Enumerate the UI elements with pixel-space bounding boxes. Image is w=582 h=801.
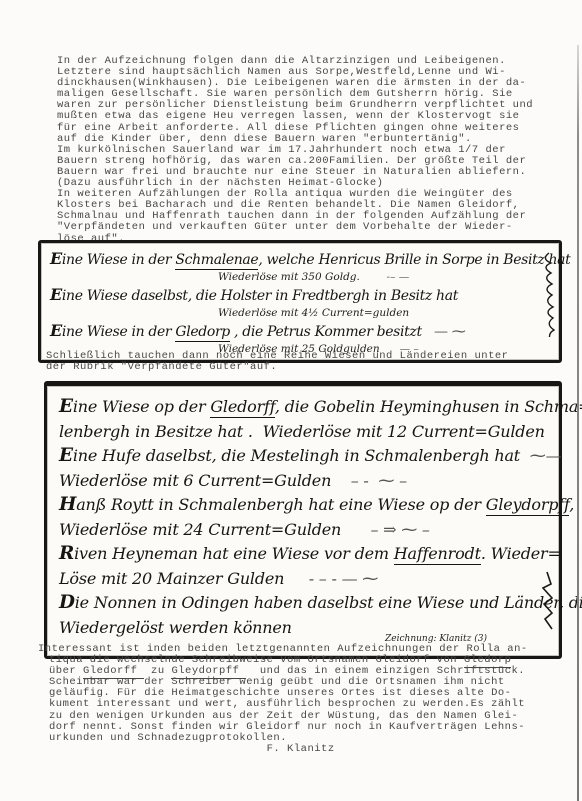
scan-edge-artifact <box>577 45 579 801</box>
text-line: Hanß Roytt in Schmalenbergh hat eine Wie… <box>59 493 549 518</box>
text-segment: ine Wiese op der <box>73 397 211 416</box>
text-line: Löse mit 20 Mainzer Gulden ‑ – ‑ — ⁓ <box>59 567 549 592</box>
text-line: Riven Heyneman hat eine Wiese vor dem Ha… <box>59 542 549 567</box>
text-segment: ie Nonnen in Odingen haben daselbst eine… <box>75 593 582 612</box>
text-line: Die Nonnen in Odingen haben daselbst ein… <box>59 591 549 616</box>
text-segment: E <box>59 445 73 466</box>
text-segment: lenbergh in Besitze hat . Wiederlöse mit… <box>59 422 545 441</box>
text-segment: E <box>50 321 62 340</box>
underlined-text: Gledorp <box>175 324 230 342</box>
text-segment: . Wieder= <box>481 544 561 563</box>
text-segment: ine Wiese in der <box>62 324 175 340</box>
text-segment: , welche Henricus Brille in Sorpe in Bes… <box>258 252 570 268</box>
text-segment: R <box>59 543 74 564</box>
text-line: der Rubrik "Verpfändete Güter"auf. <box>46 362 508 373</box>
text-segment: E <box>50 249 62 268</box>
handwritten-facsimile-box-1: Eine Wiese in der Schmalenae, welche Hen… <box>38 240 562 363</box>
paragraph-leibeigene: In der Aufzeichnung folgen dann die Alta… <box>57 56 533 245</box>
text-segment: Wiederlöse mit 4½ Current=gulden <box>218 307 409 319</box>
text-segment: F. Klanitz <box>49 743 335 755</box>
text-segment: Wiederlöse mit 350 Goldg. <box>218 271 360 283</box>
text-segment: ine Wiese in der <box>62 252 175 268</box>
text-segment: E <box>59 396 73 417</box>
paragraph-verpfaendete-gueter: Schließlich tauchen dann noch eine Reihe… <box>46 351 508 373</box>
scanned-document-page: In der Aufzeichnung folgen dann die Alta… <box>0 0 582 801</box>
scribble-decoration-icon <box>529 251 555 337</box>
text-segment: Löse mit 20 Mainzer Gulden <box>59 569 284 588</box>
underlined-text: Haffenrodt <box>394 544 481 565</box>
text-segment: iven Heyneman hat eine Wiese vor dem <box>74 544 394 563</box>
underlined-text: Schmalenae <box>175 252 258 270</box>
handwritten-facsimile-box-2: Zeichnung: Klanitz (3) Eine Wiese op der… <box>44 381 562 659</box>
text-line: "Verpfändeten und verkauften Güter unter… <box>57 222 533 233</box>
text-segment: ine Hufe daselbst, die Mestelingh in Sch… <box>73 446 520 465</box>
text-segment: Wiederlöse mit 6 Current=Gulden <box>59 471 331 490</box>
text-segment: D <box>59 592 75 613</box>
text-line: Eine Wiese in der Schmalenae, welche Hen… <box>50 248 550 271</box>
text-line: Wiederlöse mit 4½ Current=gulden <box>218 307 550 320</box>
text-segment: anß Roytt in Schmalenbergh hat eine Wies… <box>76 495 486 514</box>
text-segment: – ‑ ⁓ – <box>331 471 407 490</box>
text-line: Wiederlöse mit 6 Current=Gulden – ‑ ⁓ – <box>59 469 549 494</box>
text-segment: H <box>59 494 76 515</box>
text-line: lenbergh in Besitze hat . Wiederlöse mit… <box>59 420 549 445</box>
text-segment: , die Gobelin Heyminghusen in Schma= <box>275 397 582 416</box>
text-line: F. Klanitz <box>38 744 528 755</box>
text-segment: der Rubrik "Verpfändete Güter"auf. <box>46 361 277 373</box>
text-line: Eine Wiese in der Gledorp , die Petrus K… <box>50 320 550 343</box>
underlined-text: Gleydorpff <box>486 495 569 516</box>
text-segment: ⁓— <box>520 446 561 465</box>
text-segment: ‑– — <box>360 271 409 283</box>
text-segment: E <box>50 285 62 304</box>
text-segment: — ⁓ <box>422 324 466 340</box>
text-line: Eine Wiese op der Gledorff, die Gobelin … <box>59 395 549 420</box>
text-line: Wiederlöse mit 350 Goldg. ‑– — <box>218 271 550 284</box>
text-segment: – ⇒ ⁓ – <box>341 520 430 539</box>
text-segment: , die Petrus Kommer besitzt <box>230 324 422 340</box>
underlined-text: Gledorff <box>210 397 275 418</box>
text-segment: "Verpfändeten und verkauften Güter unter… <box>57 221 513 233</box>
text-line: Eine Hufe daselbst, die Mestelingh in Sc… <box>59 444 549 469</box>
text-segment: ine Wiese daselbst, die Holster in Fredt… <box>62 288 458 304</box>
scribble-decoration-icon <box>535 570 557 630</box>
text-segment: Wiederlöse mit 24 Current=Gulden <box>59 520 341 539</box>
text-segment: , <box>569 495 574 514</box>
text-segment: Wiedergelöst werden können <box>59 618 292 637</box>
text-line: Wiederlöse mit 24 Current=Gulden – ⇒ ⁓ – <box>59 518 549 543</box>
paragraph-schreibweise: Interessant ist inden beiden letztgenann… <box>38 644 528 755</box>
text-segment: ‑ – ‑ — ⁓ <box>284 569 378 588</box>
text-line: Eine Wiese daselbst, die Holster in Fred… <box>50 284 550 307</box>
